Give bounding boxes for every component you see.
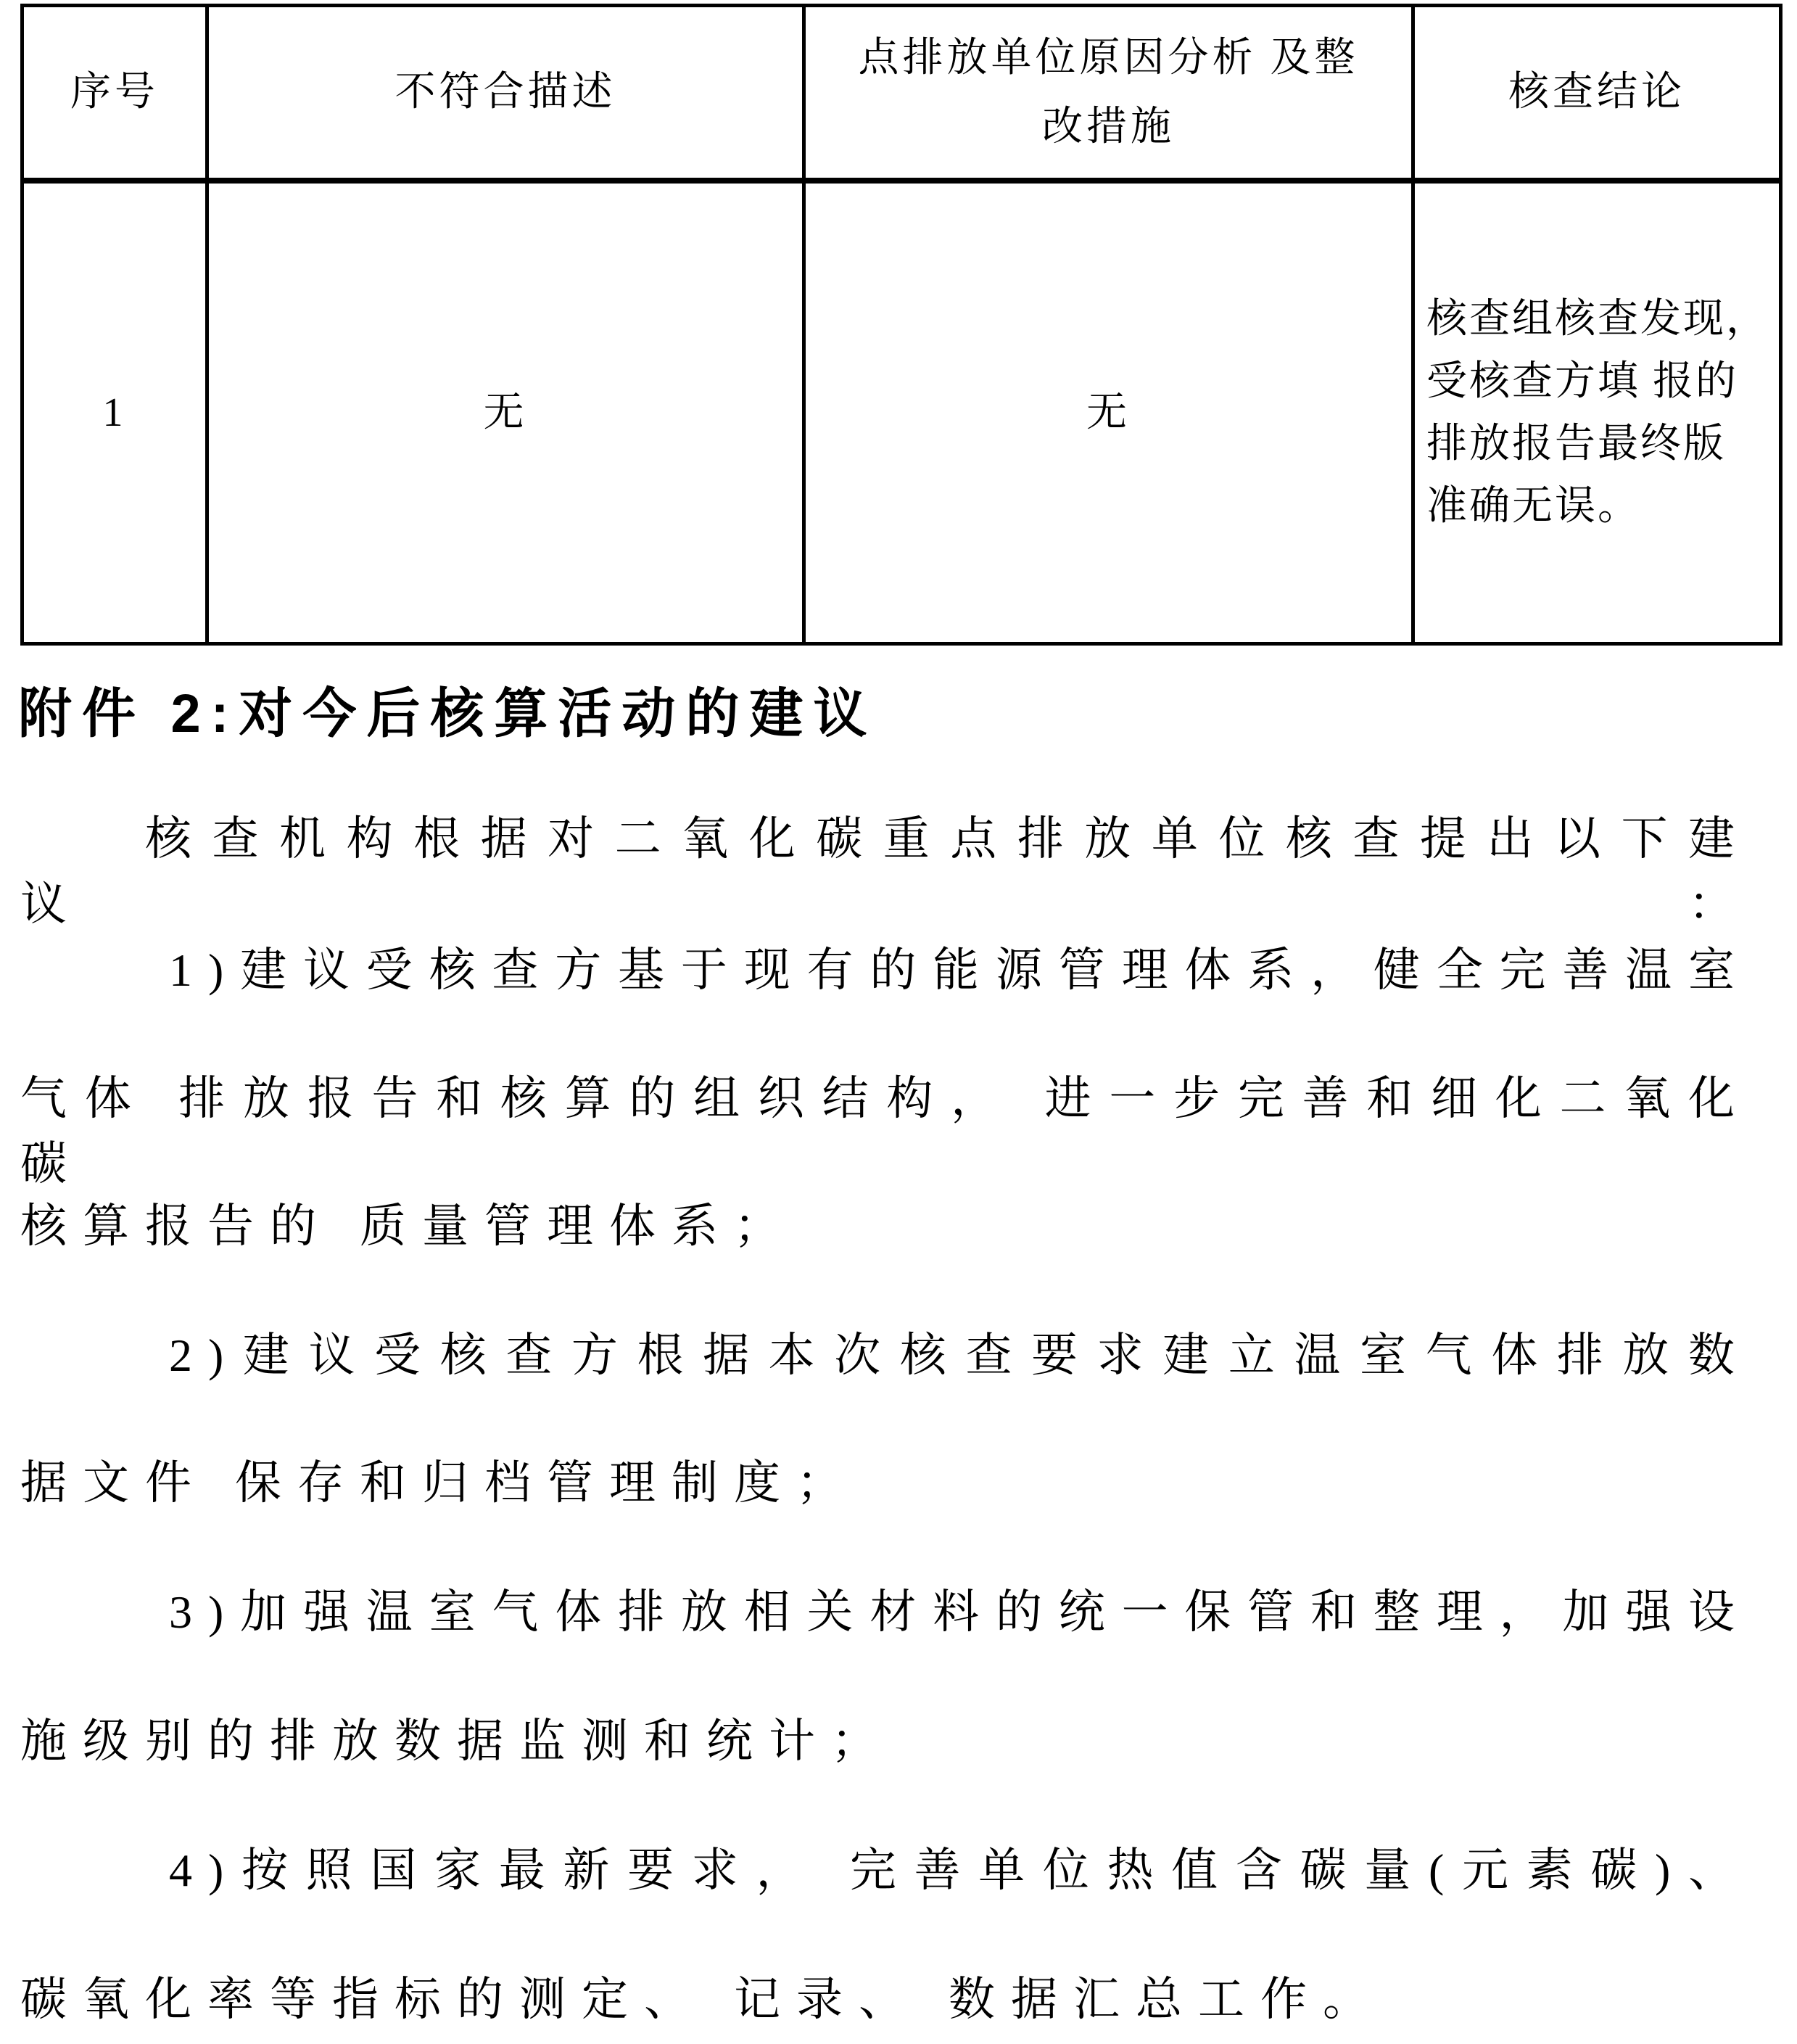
body-line: 碳氧化率等指标的测定、 记录、 数据汇总工作。 — [20, 1967, 1751, 2032]
body-line: 施级别的排放数据监测和统计； — [20, 1709, 1751, 1774]
cell-conclusion: 核查组核查发现， 受核查方填 报的 排放报告最终版 准确无误。 — [1415, 184, 1779, 642]
nonconformity-table: 序号 不符合描述 点排放单位原因分析 及整改措施 核查结论 1 无 无 核查组核… — [20, 4, 1782, 646]
body-line: 4)按照国家最新要求， 完善单位热值含碳量(元素碳)、 — [20, 1838, 1751, 1903]
document-page: 序号 不符合描述 点排放单位原因分析 及整改措施 核查结论 1 无 无 核查组核… — [0, 0, 1797, 2044]
header-cell-analysis: 点排放单位原因分析 及整改措施 — [806, 7, 1415, 178]
body-line: 核算报告的 质量管理体系； — [20, 1194, 1751, 1259]
body-line: 据文件 保存和归档管理制度； — [20, 1451, 1751, 1516]
cell-index: 1 — [24, 184, 209, 642]
header-cell-index: 序号 — [24, 7, 209, 178]
header-cell-description: 不符合描述 — [209, 7, 806, 178]
table-row: 1 无 无 核查组核查发现， 受核查方填 报的 排放报告最终版 准确无误。 — [24, 184, 1779, 642]
table-header-row: 序号 不符合描述 点排放单位原因分析 及整改措施 核查结论 — [24, 7, 1779, 184]
body-line: 1)建议受核查方基于现有的能源管理体系，健全完善温室 — [20, 938, 1751, 1003]
conclusion-line: 受核查方填 报的 — [1426, 350, 1738, 413]
conclusion-line: 核查组核查发现， — [1426, 288, 1769, 350]
body-line: 3)加强温室气体排放相关材料的统一保管和整理，加强设 — [20, 1580, 1751, 1645]
attachment-heading: 附件 2:对今后核算活动的建议 — [18, 671, 877, 748]
header-cell-conclusion: 核查结论 — [1415, 7, 1779, 178]
conclusion-line: 准确无误。 — [1426, 475, 1640, 537]
cell-analysis: 无 — [806, 184, 1415, 642]
body-line: 2)建议受核查方根据本次核查要求建立温室气体排放数 — [20, 1323, 1751, 1388]
cell-description: 无 — [209, 184, 806, 642]
body-line: 气体 排放报告和核算的组织结构， 进一步完善和细化二氧化碳 — [20, 1066, 1751, 1197]
conclusion-line: 排放报告最终版 — [1426, 413, 1726, 475]
body-line: 核查机构根据对二氧化碳重点排放单位核查提出以下建议： — [20, 807, 1751, 937]
